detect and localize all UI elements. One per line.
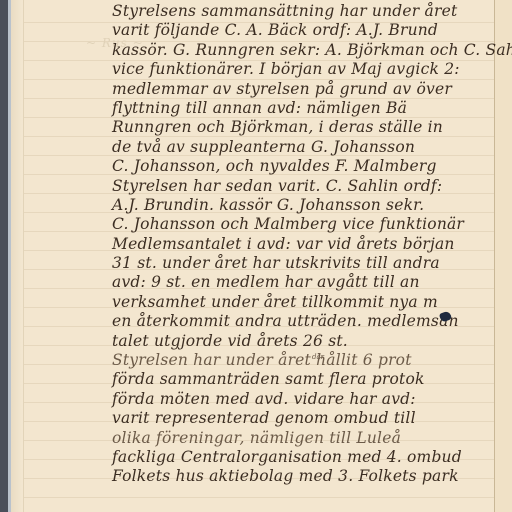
text-line: medlemmar av styrelsen på grund av över bbox=[112, 80, 512, 99]
text-line: Runngren och Björkman, i deras ställe in bbox=[112, 118, 512, 137]
interlinear-insert: där bbox=[312, 353, 324, 361]
text-line: vice funktionärer. I början av Maj avgic… bbox=[112, 60, 512, 79]
text-line: varit följande C. A. Bäck ordf: A.J. Bru… bbox=[112, 21, 512, 40]
text-line: Medlemsantalet i avd: var vid årets börj… bbox=[112, 235, 512, 254]
text-line: Styrelsens sammansättning har under året bbox=[112, 2, 512, 21]
text-line: förda sammanträden samt flera protok bbox=[112, 370, 512, 389]
handwritten-text: Styrelsens sammansättning har under året… bbox=[112, 2, 512, 487]
text-line: varit representerad genom ombud till bbox=[112, 409, 512, 428]
text-line: talet utgjorde vid årets 26 st. bbox=[112, 332, 512, 351]
text-line: de två av suppleanterna G. Johansson bbox=[112, 138, 512, 157]
text-line: verksamhet under året tillkommit nya m bbox=[112, 293, 512, 312]
text-line: avd: 9 st. en medlem har avgått till an bbox=[112, 273, 512, 292]
text-line: Styrelsen har sedan varit. C. Sahlin ord… bbox=[112, 177, 512, 196]
text-line: C. Johansson, och nyvaldes F. Malmberg bbox=[112, 157, 512, 176]
text-line: förda möten med avd. vidare har avd: bbox=[112, 390, 512, 409]
text-line: en återkommit andra utträden. medlemsan bbox=[112, 312, 512, 331]
text-line: C. Johansson och Malmberg vice funktionä… bbox=[112, 215, 512, 234]
page-gutter bbox=[11, 0, 24, 512]
text-line: olika föreningar, nämligen till Luleå bbox=[112, 429, 512, 448]
text-line: Folkets hus aktiebolag med 3. Folkets pa… bbox=[112, 467, 512, 486]
text-line: fackliga Centralorganisation med 4. ombu… bbox=[112, 448, 512, 467]
text-line: A.J. Brundin. kassör G. Johansson sekr. bbox=[112, 196, 512, 215]
text-line: 31 st. under året har utskrivits till an… bbox=[112, 254, 512, 273]
text-line: flyttning till annan avd: nämligen Bä bbox=[112, 99, 512, 118]
book-binding bbox=[0, 0, 8, 512]
scanned-document: ~ Rus ~ Styrelsens sammansättning har un… bbox=[0, 0, 512, 512]
text-line: kassör. G. Runngren sekr: A. Björkman oc… bbox=[112, 41, 512, 60]
